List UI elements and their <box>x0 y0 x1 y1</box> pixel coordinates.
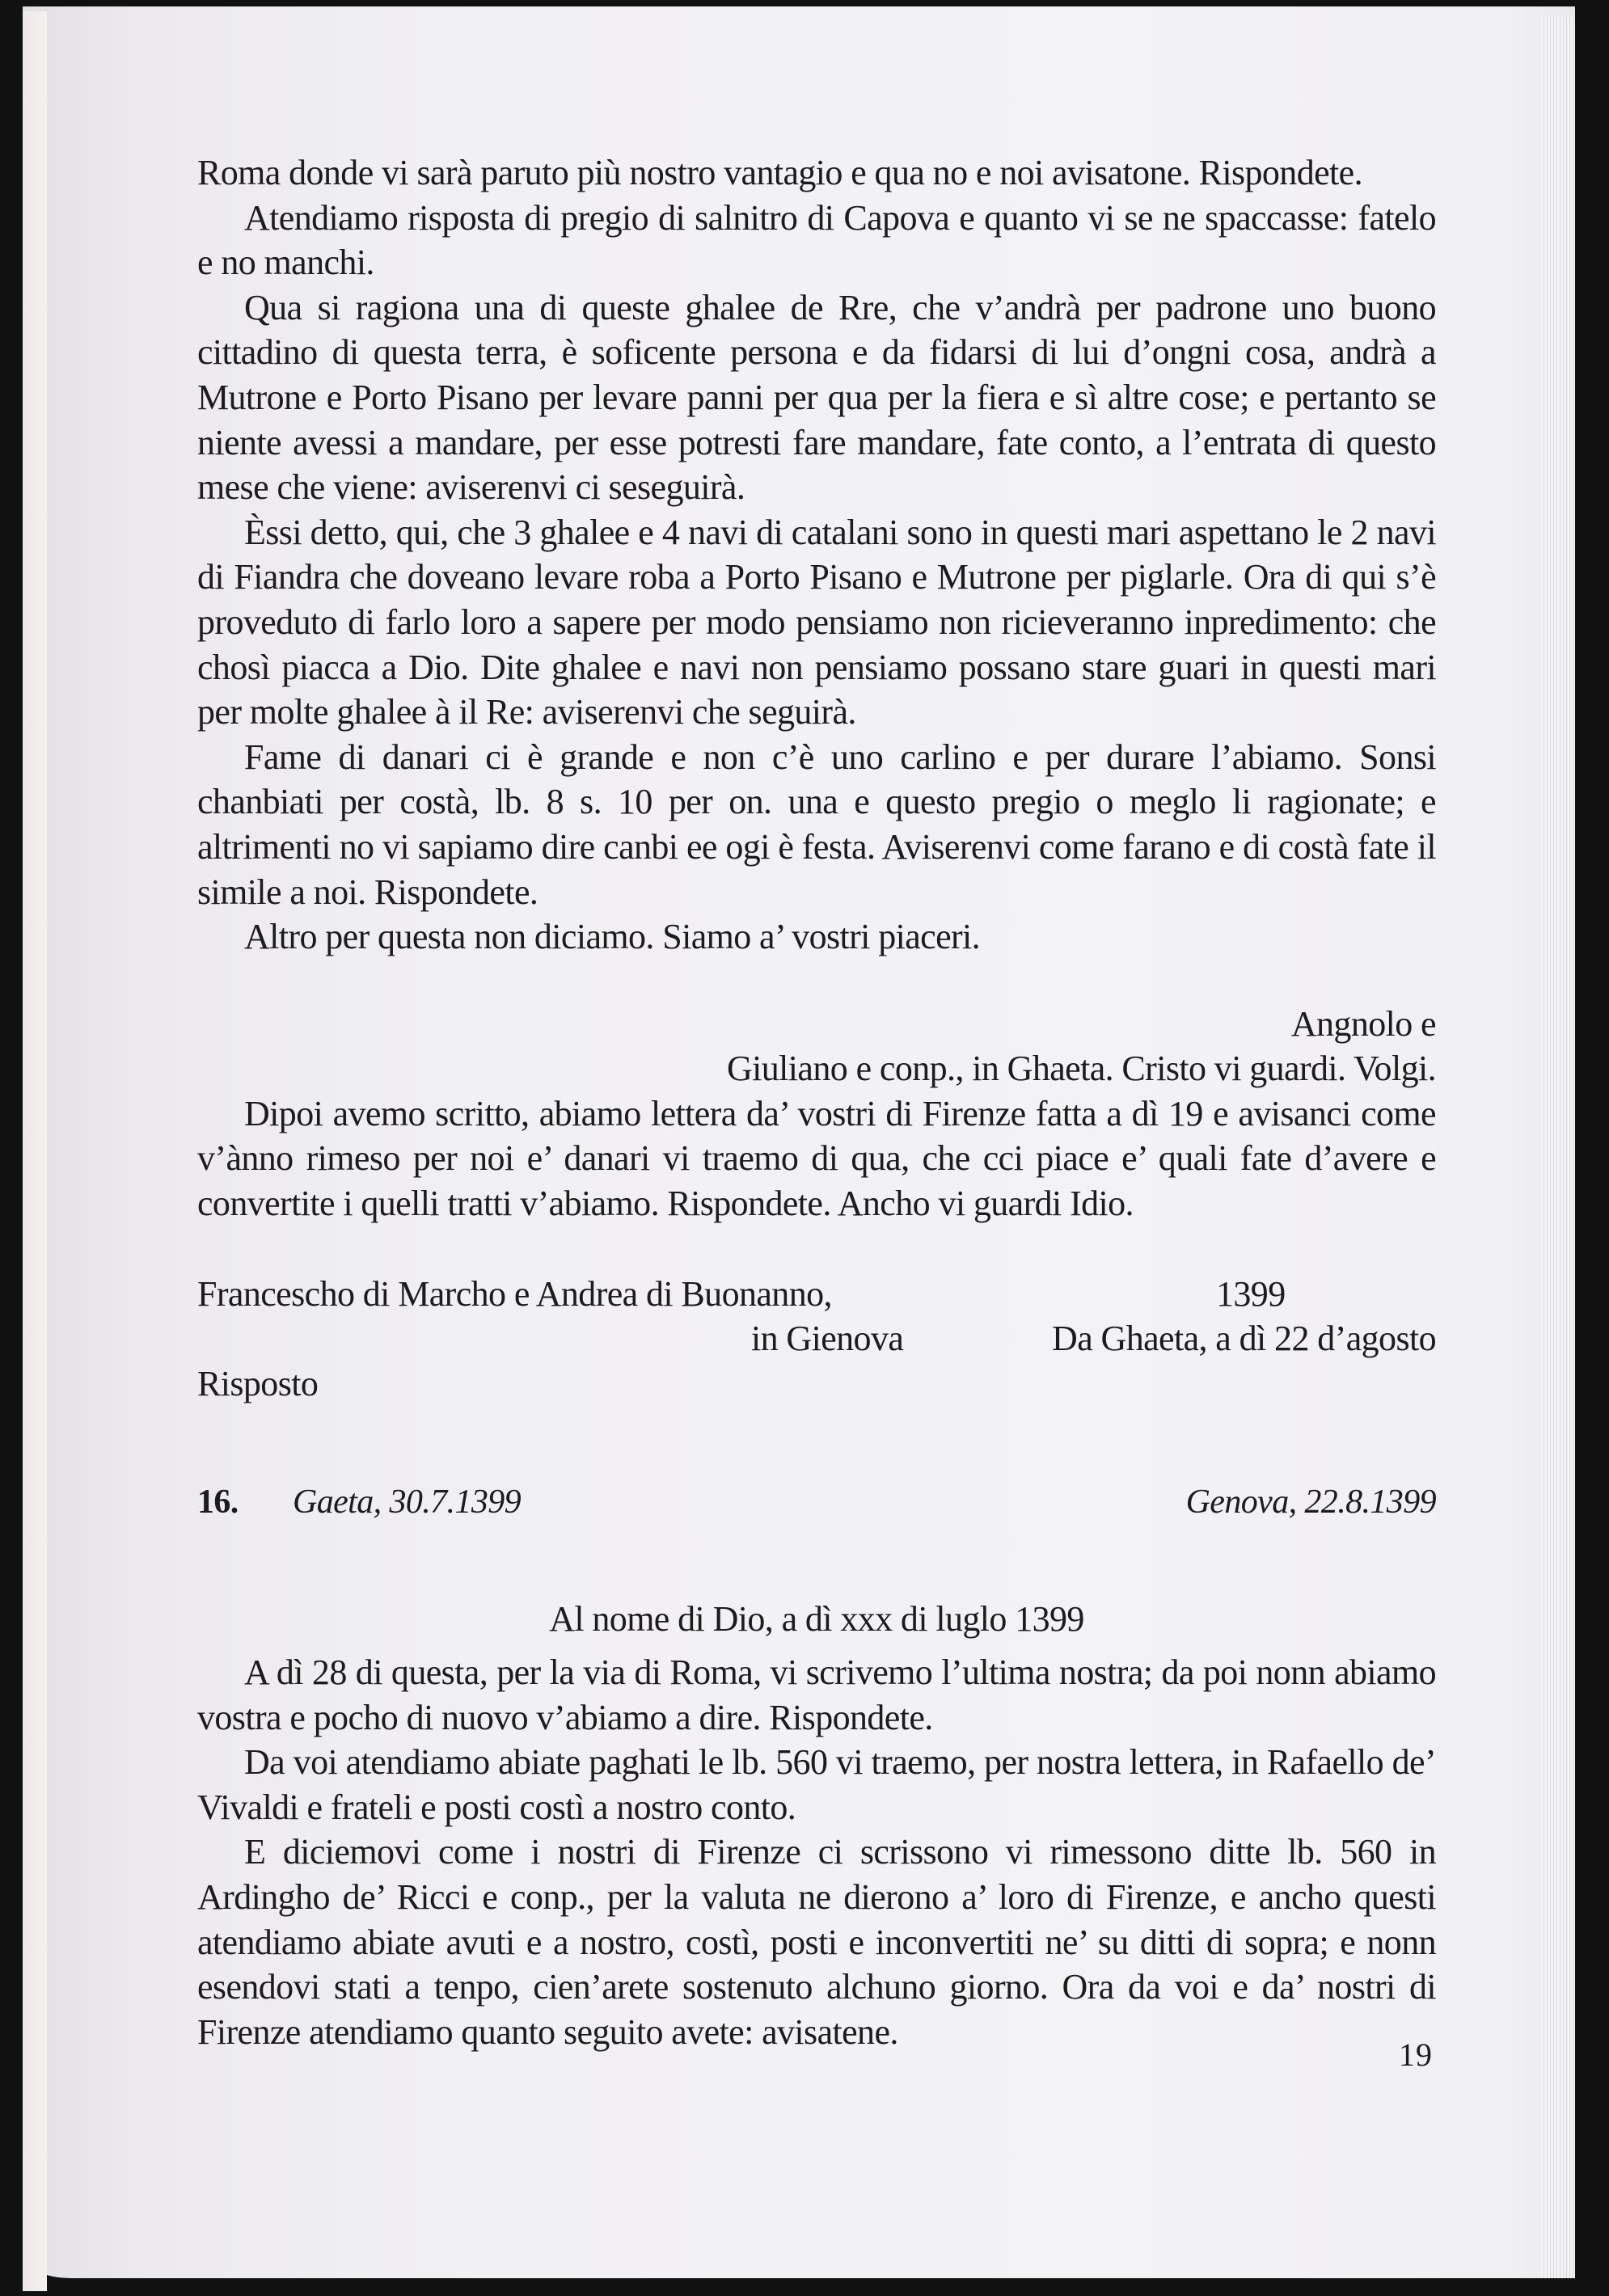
page-text-block: Roma donde vi sarà paruto più nostro van… <box>197 150 1436 2054</box>
paragraph: Da voi atendiamo abiate paghati le lb. 5… <box>197 1740 1436 1830</box>
paragraph: Roma donde vi sarà paruto più nostro van… <box>197 150 1436 196</box>
paragraph: Fame di danari ci è grande e non c’è uno… <box>197 735 1436 914</box>
address-block: Francescho di Marcho e Andrea di Buonann… <box>197 1272 1436 1407</box>
spacer <box>197 1226 1436 1272</box>
signature-line-2: Giuliano e conp., in Ghaeta. Cristo vi g… <box>197 1046 1436 1091</box>
received-date: Da Ghaeta, a dì 22 d’agosto <box>1052 1316 1436 1361</box>
spacer <box>197 960 1436 1002</box>
book-page: Roma donde vi sarà paruto più nostro van… <box>23 6 1575 2278</box>
paragraph: A dì 28 di questa, per la via di Roma, v… <box>197 1650 1436 1740</box>
letter-heading: 16. Gaeta, 30.7.1399 Genova, 22.8.1399 <box>197 1480 1436 1529</box>
signature-block: Angnolo e Giuliano e conp., in Ghaeta. C… <box>197 1002 1436 1091</box>
recipient-place: in Gienova <box>751 1316 903 1361</box>
letter-origin: Gaeta, 30.7.1399 <box>293 1480 521 1526</box>
paragraph: Altro per questa non diciamo. Siamo a’ v… <box>197 914 1436 960</box>
page-stack-edge <box>1541 15 1575 2278</box>
recipient-name: Francescho di Marcho e Andrea di Buonann… <box>197 1272 832 1317</box>
reply-note: Risposto <box>197 1361 318 1407</box>
address-year: 1399 <box>1216 1272 1286 1317</box>
page-number: 19 <box>1399 2036 1433 2074</box>
letter-destination: Genova, 22.8.1399 <box>1186 1480 1436 1526</box>
address-row-1: Francescho di Marcho e Andrea di Buonann… <box>197 1272 1436 1317</box>
address-row-2: in Gienova Da Ghaeta, a dì 22 d’agosto <box>197 1316 1436 1361</box>
letter-invocation: Al nome di Dio, a dì xxx di luglo 1399 <box>197 1597 1436 1642</box>
page-gutter-edge <box>23 11 47 2291</box>
postscript: Dipoi avemo scritto, abiamo lettera da’ … <box>197 1091 1436 1226</box>
signature-line-1: Angnolo e <box>197 1002 1436 1047</box>
paragraph: Atendiamo risposta di pregio di salnitro… <box>197 196 1436 285</box>
paragraph: E diciemovi come i nostri di Firenze ci … <box>197 1830 1436 2054</box>
paragraph: Èssi detto, qui, che 3 ghalee e 4 navi d… <box>197 510 1436 735</box>
letter-number: 16. <box>197 1480 239 1526</box>
paragraph: Qua si ragiona una di queste ghalee de R… <box>197 285 1436 510</box>
address-row-3: Risposto <box>197 1361 1436 1407</box>
